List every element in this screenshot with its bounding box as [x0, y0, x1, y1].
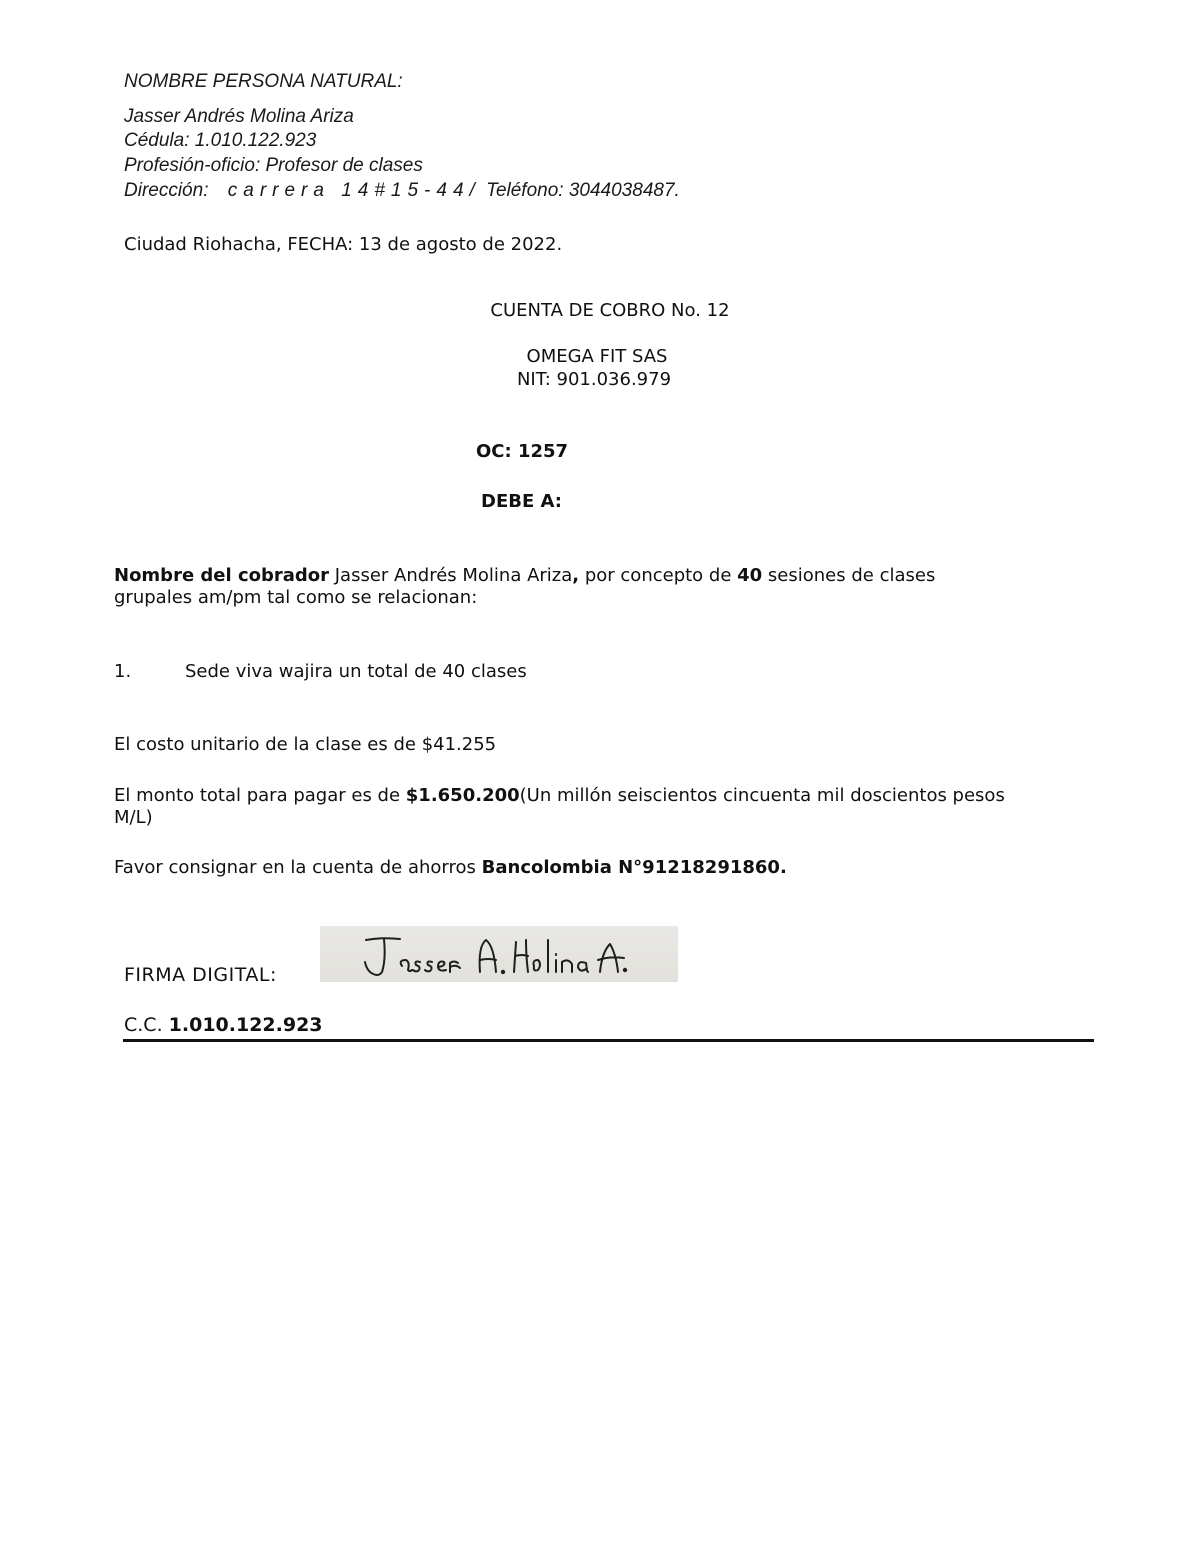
person-cedula: Cédula: 1.010.122.923: [124, 129, 316, 153]
bank-account: Bancolombia N°91218291860.: [482, 857, 787, 878]
address-value: carrera 14#15-44/: [228, 180, 481, 201]
collector-name: Jasser Andrés Molina Ariza: [329, 565, 572, 586]
collector-label: Nombre del cobrador: [114, 565, 329, 586]
debe-a-label: DEBE A:: [481, 491, 562, 513]
collector-paragraph: Nombre del cobrador Jasser Andrés Molina…: [114, 565, 935, 587]
list-item: 1. Sede viva wajira un total de 40 clase…: [114, 661, 131, 683]
total-amount-words: (Un millón seiscientos cincuenta mil dos…: [520, 785, 1005, 806]
total-amount-line2: M/L): [114, 807, 153, 829]
invoice-number: CUENTA DE COBRO No. 12: [410, 300, 810, 322]
cc-label: C.C.: [124, 1014, 169, 1036]
person-name: Jasser Andrés Molina Ariza: [124, 105, 354, 129]
cc-line: C.C. 1.010.122.923: [124, 1014, 323, 1036]
total-amount: $1.650.200: [406, 785, 520, 806]
cc-value: 1.010.122.923: [169, 1014, 323, 1036]
handwritten-signature-icon: [320, 926, 678, 982]
bank-account-line: Favor consignar en la cuenta de ahorros …: [114, 857, 787, 879]
person-type-label: NOMBRE PERSONA NATURAL:: [124, 70, 403, 94]
list-item-text: Sede viva wajira un total de 40 clases: [185, 661, 527, 683]
address-label: Dirección:: [124, 180, 208, 201]
city-date: Ciudad Riohacha, FECHA: 13 de agosto de …: [124, 234, 562, 256]
list-item-number: 1.: [114, 661, 131, 682]
phone: Teléfono: 3044038487.: [486, 180, 680, 201]
unit-cost: El costo unitario de la clase es de $41.…: [114, 734, 496, 756]
company-name: OMEGA FIT SAS: [397, 346, 797, 368]
company-nit: NIT: 901.036.979: [394, 369, 794, 391]
person-profession: Profesión-oficio: Profesor de clases: [124, 154, 423, 178]
person-address-line: Dirección: carrera 14#15-44/ Teléfono: 3…: [124, 179, 680, 203]
sessions-count: 40: [737, 565, 762, 586]
signature-image: [320, 926, 678, 982]
collector-paragraph-line2: grupales am/pm tal como se relacionan:: [114, 587, 477, 609]
purchase-order: OC: 1257: [476, 441, 568, 463]
total-amount-line: El monto total para pagar es de $1.650.2…: [114, 785, 1005, 807]
signature-label: FIRMA DIGITAL:: [124, 964, 277, 986]
signature-underline: [123, 1039, 1094, 1042]
